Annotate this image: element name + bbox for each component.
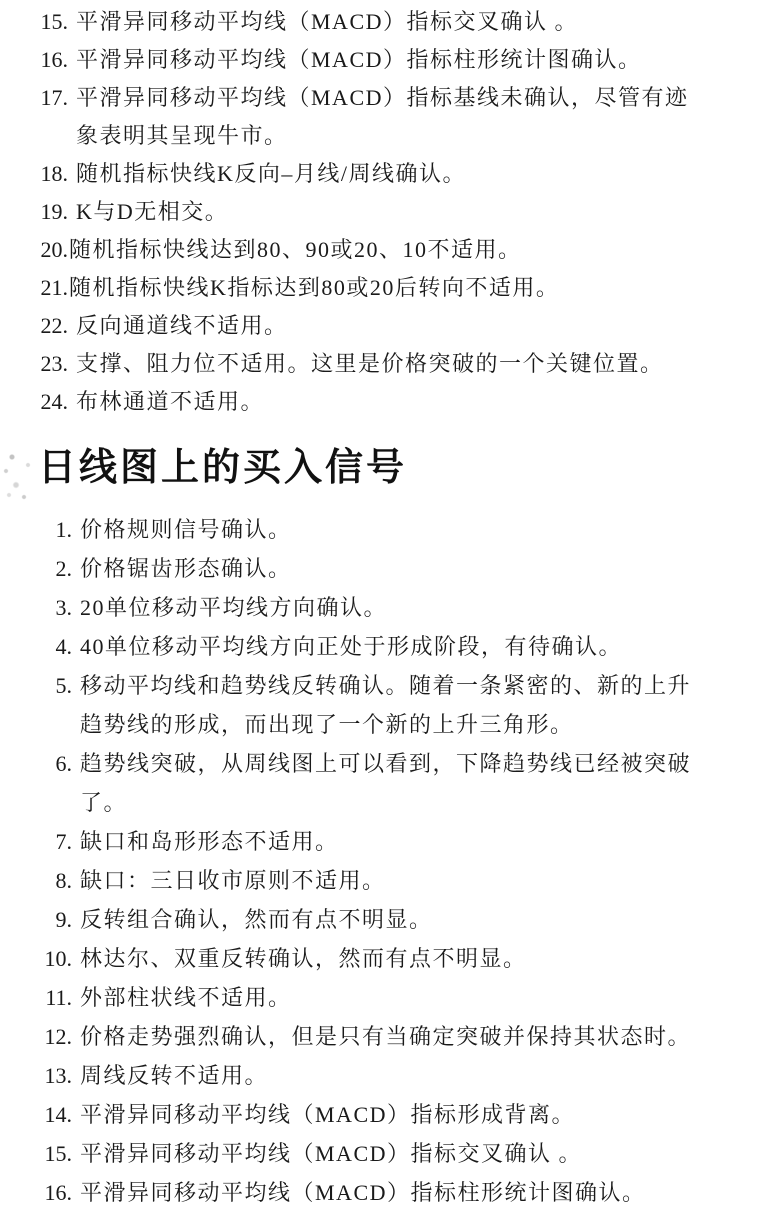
item-number: 9. <box>0 900 72 939</box>
item-number: 4. <box>0 627 72 666</box>
item-number: 6. <box>0 744 72 783</box>
item-text: 林达尔、双重反转确认，然而有点不明显。 <box>80 939 700 978</box>
item-text: 20单位移动平均线方向确认。 <box>80 588 700 627</box>
daily-buy-signal-list: 1.价格规则信号确认。2.价格锯齿形态确认。3.20单位移动平均线方向确认。4.… <box>0 510 758 1212</box>
list-item: 8.缺口：三日收市原则不适用。 <box>0 861 758 900</box>
item-number: 18. <box>0 155 68 193</box>
item-text: 40单位移动平均线方向正处于形成阶段，有待确认。 <box>80 627 700 666</box>
item-text: 反转组合确认，然而有点不明显。 <box>80 900 700 939</box>
item-number: 2. <box>0 549 72 588</box>
item-number: 7. <box>0 822 72 861</box>
list-item: 13.周线反转不适用。 <box>0 1056 758 1095</box>
item-text: 周线反转不适用。 <box>80 1056 700 1095</box>
section-heading: 日线图上的买入信号 <box>38 445 758 491</box>
item-text: 价格规则信号确认。 <box>80 510 700 549</box>
item-text: 价格锯齿形态确认。 <box>80 549 700 588</box>
item-text: 反向通道线不适用。 <box>76 307 696 345</box>
item-number: 15. <box>0 1134 72 1173</box>
list-item: 19.K与D无相交。 <box>0 193 758 231</box>
list-item: 21.随机指标快线K指标达到80或20后转向不适用。 <box>0 269 758 307</box>
list-item: 16.平滑异同移动平均线（MACD）指标柱形统计图确认。 <box>0 41 758 79</box>
list-item: 12.价格走势强烈确认，但是只有当确定突破并保持其状态时。 <box>0 1017 758 1056</box>
list-item: 15.平滑异同移动平均线（MACD）指标交叉确认 。 <box>0 1134 758 1173</box>
item-number: 21. <box>0 269 68 307</box>
list-item: 18.随机指标快线K反向–月线/周线确认。 <box>0 155 758 193</box>
item-text: 价格走势强烈确认，但是只有当确定突破并保持其状态时。 <box>80 1017 700 1056</box>
item-text: 平滑异同移动平均线（MACD）指标形成背离。 <box>80 1095 700 1134</box>
weekly-buy-signal-list: 15.平滑异同移动平均线（MACD）指标交叉确认 。16.平滑异同移动平均线（M… <box>0 0 758 421</box>
list-item: 7.缺口和岛形形态不适用。 <box>0 822 758 861</box>
item-text: 趋势线突破，从周线图上可以看到，下降趋势线已经被突破了。 <box>80 744 700 822</box>
item-number: 1. <box>0 510 72 549</box>
item-text: 移动平均线和趋势线反转确认。随着一条紧密的、新的上升趋势线的形成，而出现了一个新… <box>80 666 700 744</box>
item-text: 外部柱状线不适用。 <box>80 978 700 1017</box>
list-item: 10.林达尔、双重反转确认，然而有点不明显。 <box>0 939 758 978</box>
item-number: 15. <box>0 3 68 41</box>
item-number: 10. <box>0 939 72 978</box>
list-item: 3.20单位移动平均线方向确认。 <box>0 588 758 627</box>
item-text: 平滑异同移动平均线（MACD）指标柱形统计图确认。 <box>80 1173 700 1212</box>
item-number: 14. <box>0 1095 72 1134</box>
item-number: 5. <box>0 666 72 705</box>
list-item: 22.反向通道线不适用。 <box>0 307 758 345</box>
item-number: 16. <box>0 1173 72 1212</box>
item-text: 平滑异同移动平均线（MACD）指标柱形统计图确认。 <box>76 41 696 79</box>
item-number: 19. <box>0 193 68 231</box>
list-item: 14.平滑异同移动平均线（MACD）指标形成背离。 <box>0 1095 758 1134</box>
list-item: 6.趋势线突破，从周线图上可以看到，下降趋势线已经被突破了。 <box>0 744 758 822</box>
item-text: 平滑异同移动平均线（MACD）指标交叉确认 。 <box>76 3 696 41</box>
item-number: 20. <box>0 231 68 269</box>
item-number: 13. <box>0 1056 72 1095</box>
list-item: 16.平滑异同移动平均线（MACD）指标柱形统计图确认。 <box>0 1173 758 1212</box>
item-number: 11. <box>0 978 72 1017</box>
item-text: 支撑、阻力位不适用。这里是价格突破的一个关键位置。 <box>76 345 696 383</box>
list-item: 4.40单位移动平均线方向正处于形成阶段，有待确认。 <box>0 627 758 666</box>
item-text: 缺口：三日收市原则不适用。 <box>80 861 700 900</box>
item-text: 平滑异同移动平均线（MACD）指标基线未确认，尽管有迹象表明其呈现牛市。 <box>76 79 696 155</box>
item-text: 布林通道不适用。 <box>76 383 696 421</box>
item-text: 随机指标快线K反向–月线/周线确认。 <box>76 155 696 193</box>
scan-artifact <box>2 449 36 505</box>
list-item: 23.支撑、阻力位不适用。这里是价格突破的一个关键位置。 <box>0 345 758 383</box>
list-item: 11.外部柱状线不适用。 <box>0 978 758 1017</box>
item-number: 24. <box>0 383 68 421</box>
item-number: 23. <box>0 345 68 383</box>
list-item: 17.平滑异同移动平均线（MACD）指标基线未确认，尽管有迹象表明其呈现牛市。 <box>0 79 758 155</box>
section-heading-text: 日线图上的买入信号 <box>38 447 407 489</box>
item-text: 随机指标快线K指标达到80或20后转向不适用。 <box>69 269 689 307</box>
item-number: 22. <box>0 307 68 345</box>
item-number: 12. <box>0 1017 72 1056</box>
item-number: 17. <box>0 79 68 117</box>
item-number: 3. <box>0 588 72 627</box>
list-item: 9.反转组合确认，然而有点不明显。 <box>0 900 758 939</box>
item-text: K与D无相交。 <box>76 193 696 231</box>
list-item: 5.移动平均线和趋势线反转确认。随着一条紧密的、新的上升趋势线的形成，而出现了一… <box>0 666 758 744</box>
item-text: 随机指标快线达到80、90或20、10不适用。 <box>69 231 689 269</box>
list-item: 1.价格规则信号确认。 <box>0 510 758 549</box>
list-item: 2.价格锯齿形态确认。 <box>0 549 758 588</box>
item-number: 16. <box>0 41 68 79</box>
list-item: 20.随机指标快线达到80、90或20、10不适用。 <box>0 231 758 269</box>
item-text: 缺口和岛形形态不适用。 <box>80 822 700 861</box>
item-number: 8. <box>0 861 72 900</box>
item-text: 平滑异同移动平均线（MACD）指标交叉确认 。 <box>80 1134 700 1173</box>
list-item: 15.平滑异同移动平均线（MACD）指标交叉确认 。 <box>0 3 758 41</box>
list-item: 24.布林通道不适用。 <box>0 383 758 421</box>
scanned-book-page: 15.平滑异同移动平均线（MACD）指标交叉确认 。16.平滑异同移动平均线（M… <box>0 0 758 1227</box>
